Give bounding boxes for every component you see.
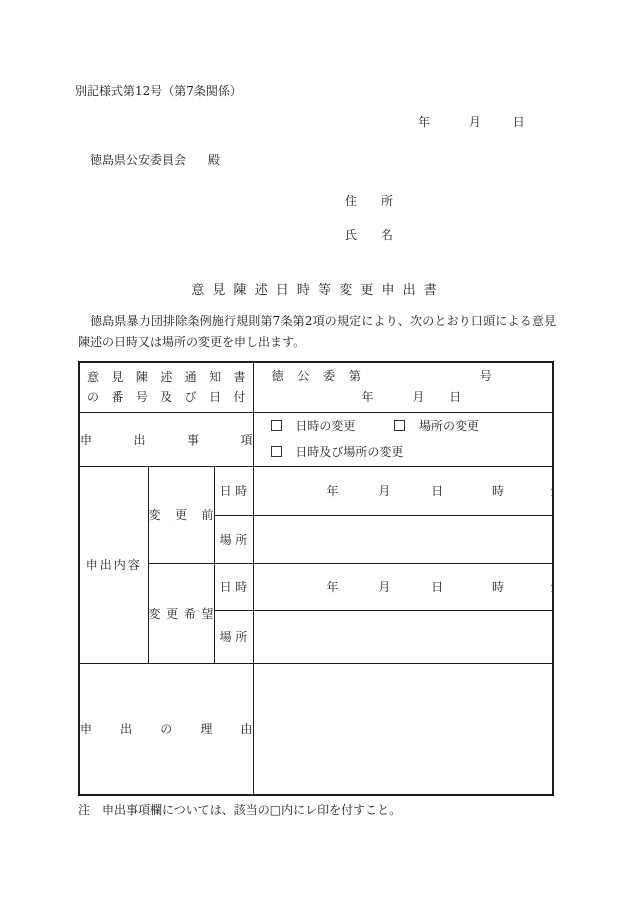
checkbox-line-1: 日時の変更 場所の変更 <box>254 413 553 439</box>
table-row: 申 出 事 項 日時の変更 場所の変更 日時及び場所の変更 <box>79 412 553 466</box>
checkbox-datetime-change-icon[interactable] <box>271 420 282 431</box>
table-row: 意 見 陳 述 通 知 書 の 番 号 及 び 日 付 徳 公 委 第 号 年 … <box>79 362 553 412</box>
notice-number-suffix: 号 <box>480 369 492 383</box>
desired-place-label-cell: 場 所 <box>214 610 253 663</box>
notice-date-line: 年 月 日 <box>254 387 553 408</box>
table-row: 申 出 の 理 由 <box>79 663 553 795</box>
notice-number-value-cell[interactable]: 徳 公 委 第 号 年 月 日 <box>253 362 553 412</box>
notice-label-line1: 意 見 陳 述 通 知 書 <box>80 367 253 387</box>
before-place-field[interactable] <box>253 515 553 563</box>
desired-datetime-label-cell: 日 時 <box>214 563 253 610</box>
before-place-label-cell: 場 所 <box>214 515 253 563</box>
matter-options-cell: 日時の変更 場所の変更 日時及び場所の変更 <box>253 412 553 466</box>
table-row: 変 更 希 望 日 時 年 月 日 時 分 <box>79 563 553 610</box>
minute-label: 分 <box>550 580 553 594</box>
day-label: 日 <box>431 580 443 594</box>
year-label: 年 <box>327 484 339 498</box>
desired-place-field[interactable] <box>253 610 553 663</box>
day-label: 日 <box>449 390 461 404</box>
body-paragraph: 徳島県暴力団排除条例施行規則第7条第2項の規定により、次のとおり口頭による意見陳… <box>78 311 556 353</box>
submission-date-line[interactable]: 年 月 日 <box>418 113 525 130</box>
desired-datetime-field[interactable]: 年 月 日 時 分 <box>253 563 553 610</box>
addressee-line: 徳島県公安委員会 殿 <box>90 151 220 168</box>
form-style-number: 別記様式第12号（第7条関係） <box>75 82 242 99</box>
minute-label: 分 <box>550 484 553 498</box>
application-table: 意 見 陳 述 通 知 書 の 番 号 及 び 日 付 徳 公 委 第 号 年 … <box>78 361 554 796</box>
year-label: 年 <box>418 115 430 129</box>
day-label: 日 <box>431 484 443 498</box>
notice-number-prefix: 徳 公 委 第 <box>272 369 366 383</box>
content-label-cell: 申出内容 <box>79 466 148 663</box>
hour-label: 時 <box>492 580 504 594</box>
document-title: 意 見 陳 述 日 時 等 変 更 申 出 書 <box>0 279 630 298</box>
year-label: 年 <box>362 390 374 404</box>
desired-change-label-cell: 変 更 希 望 <box>148 563 214 663</box>
day-label: 日 <box>513 115 525 129</box>
name-label: 氏 名 <box>345 226 399 243</box>
checkbox-datetime-change-label: 日時の変更 <box>295 419 355 433</box>
year-label: 年 <box>327 580 339 594</box>
before-datetime-field[interactable]: 年 月 日 時 分 <box>253 466 553 515</box>
month-label: 月 <box>469 115 481 129</box>
checkbox-line-2: 日時及び場所の変更 <box>254 439 553 465</box>
reason-label-cell: 申 出 の 理 由 <box>79 663 253 795</box>
table-row: 申出内容 変 更 前 日 時 年 月 日 時 分 <box>79 466 553 515</box>
month-label: 月 <box>378 484 390 498</box>
form-page: 別記様式第12号（第7条関係） 年 月 日 徳島県公安委員会 殿 住 所 氏 名… <box>0 0 630 903</box>
notice-number-label-cell: 意 見 陳 述 通 知 書 の 番 号 及 び 日 付 <box>79 362 253 412</box>
notice-label-line2: の 番 号 及 び 日 付 <box>80 387 253 407</box>
address-label: 住 所 <box>345 192 399 209</box>
checkbox-both-change-icon[interactable] <box>271 446 282 457</box>
month-label: 月 <box>412 390 424 404</box>
before-change-label-cell: 変 更 前 <box>148 466 214 563</box>
addressee-name: 徳島県公安委員会 <box>90 153 186 167</box>
matter-label-cell: 申 出 事 項 <box>79 412 253 466</box>
addressee-honorific: 殿 <box>208 153 220 167</box>
before-datetime-label-cell: 日 時 <box>214 466 253 515</box>
checkbox-place-change-icon[interactable] <box>394 420 405 431</box>
checkbox-both-change-label: 日時及び場所の変更 <box>295 445 403 459</box>
checkbox-place-change-label: 場所の変更 <box>419 419 479 433</box>
reason-field[interactable] <box>253 663 553 795</box>
hour-label: 時 <box>492 484 504 498</box>
footnote: 注 申出事項欄については、該当の□内にレ印を付すこと。 <box>78 801 401 818</box>
month-label: 月 <box>378 580 390 594</box>
notice-number-line: 徳 公 委 第 号 <box>254 366 553 387</box>
